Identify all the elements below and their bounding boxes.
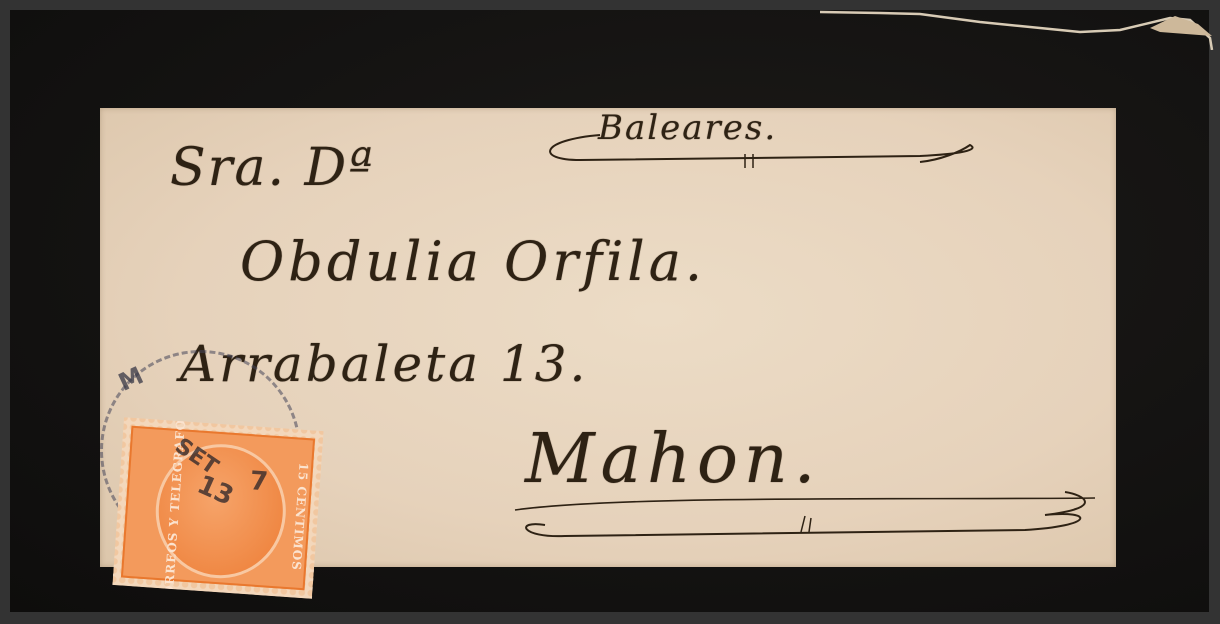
city-underline bbox=[505, 480, 1105, 545]
cancel-year-text: 7 bbox=[249, 466, 269, 497]
recipient-name-text: Obdulia Orfila. bbox=[240, 230, 706, 293]
province-underline bbox=[540, 130, 980, 175]
stamp-right-text: 15 CENTIMOS bbox=[289, 462, 311, 571]
salutation-text: Sra. Dª bbox=[170, 138, 375, 198]
torn-edge bbox=[820, 10, 1220, 50]
postage-stamp: CORREOS Y TELEGRAFOS 15 CENTIMOS SET 13 … bbox=[112, 417, 323, 599]
